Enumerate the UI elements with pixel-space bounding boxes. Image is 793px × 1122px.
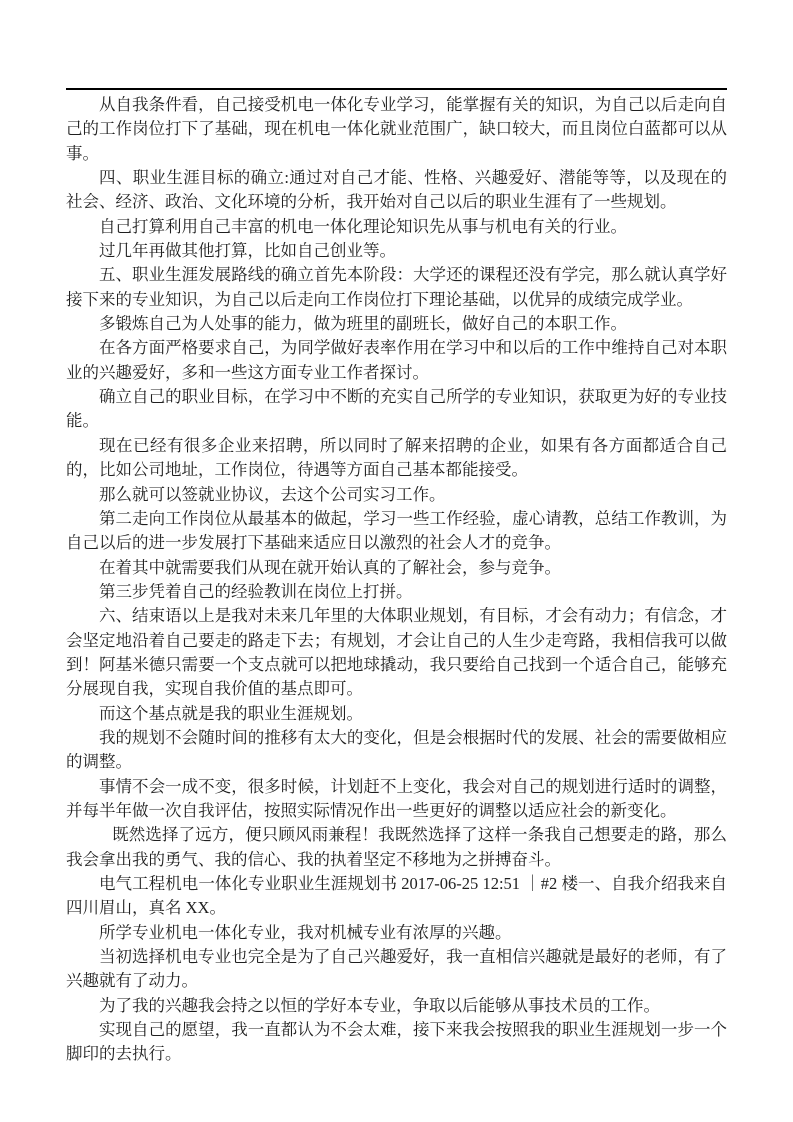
paragraph: 第二走向工作岗位从最基本的做起，学习一些工作经验，虚心请教，总结工作教训，为自己… [66,507,727,556]
paragraph: 在着其中就需要我们从现在就开始认真的了解社会，参与竞争。 [66,556,727,580]
paragraph-container: 从自我条件看，自己接受机电一体化专业学习，能掌握有关的知识，为自己以后走向自己的… [66,90,727,1067]
paragraph: 电气工程机电一体化专业职业生涯规划书 2017-06-25 12:51 ｜#2 … [66,872,727,921]
paragraph: 确立自己的职业目标，在学习中不断的充实自己所学的专业知识，获取更为好的专业技能。 [66,385,727,434]
paragraph: 第三步凭着自己的经验教训在岗位上打拼。 [66,580,727,604]
paragraph: 所学专业机电一体化专业，我对机械专业有浓厚的兴趣。 [66,921,727,945]
paragraph: 六、结束语以上是我对未来几年里的大体职业规划，有目标，才会有动力；有信念，才会坚… [66,604,727,701]
paragraph: 多锻炼自己为人处事的能力，做为班里的副班长，做好自己的本职工作。 [66,312,727,336]
paragraph: 自己打算利用自己丰富的机电一体化理论知识先从事与机电有关的行业。 [66,215,727,239]
paragraph: 当初选择机电专业也完全是为了自己兴趣爱好，我一直相信兴趣就是最好的老师，有了兴趣… [66,945,727,994]
paragraph: 现在已经有很多企业来招聘，所以同时了解来招聘的企业，如果有各方面都适合自己的，比… [66,434,727,483]
document-page: 从自我条件看，自己接受机电一体化专业学习，能掌握有关的知识，为自己以后走向自己的… [0,0,793,1122]
paragraph: 实现自己的愿望，我一直都认为不会太难，接下来我会按照我的职业生涯规划一步一个脚印… [66,1018,727,1067]
paragraph: 既然选择了远方，便只顾风雨兼程！我既然选择了这样一条我自己想要走的路，那么我会拿… [66,823,727,872]
paragraph: 五、职业生涯发展路线的确立首先本阶段：大学还的课程还没有学完，那么就认真学好接下… [66,263,727,312]
paragraph: 为了我的兴趣我会持之以恒的学好本专业，争取以后能够从事技术员的工作。 [66,994,727,1018]
document-content: 从自我条件看，自己接受机电一体化专业学习，能掌握有关的知识，为自己以后走向自己的… [66,88,727,1067]
paragraph: 在各方面严格要求自己，为同学做好表率作用在学习中和以后的工作中维持自己对本职业的… [66,336,727,385]
paragraph: 四、职业生涯目标的确立:通过对自己才能、性格、兴趣爱好、潜能等等，以及现在的社会… [66,166,727,215]
paragraph: 我的规划不会随时间的推移有太大的变化，但是会根据时代的发展、社会的需要做相应的调… [66,726,727,775]
paragraph: 事情不会一成不变，很多时候，计划赶不上变化，我会对自己的规划进行适时的调整，并每… [66,775,727,824]
paragraph: 过几年再做其他打算，比如自己创业等。 [66,239,727,263]
paragraph: 而这个基点就是我的职业生涯规划。 [66,702,727,726]
paragraph: 从自我条件看，自己接受机电一体化专业学习，能掌握有关的知识，为自己以后走向自己的… [66,93,727,166]
paragraph: 那么就可以签就业协议，去这个公司实习工作。 [66,483,727,507]
